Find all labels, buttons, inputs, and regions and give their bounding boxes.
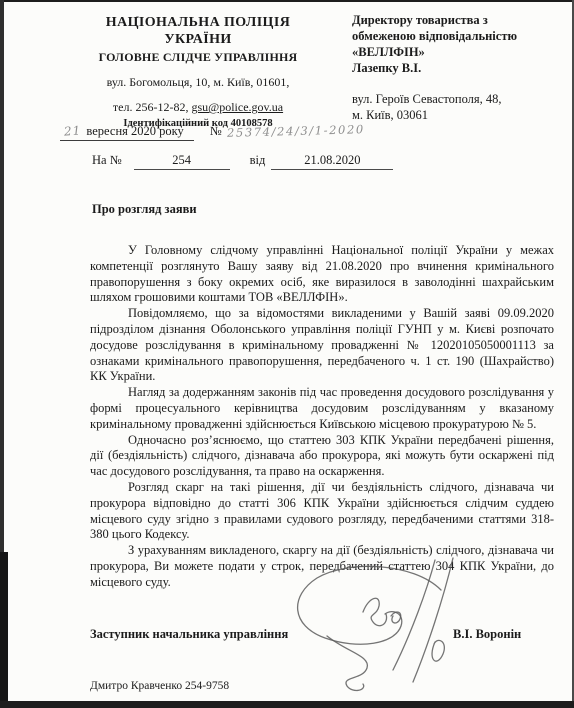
outgoing-reference-line: 21 вересня 2020 року№ 25374/24/3/1-2020 (60, 124, 560, 141)
scan-edge-bottom (0, 701, 574, 708)
scan-edge-left-lower (0, 552, 8, 708)
org-contacts: тел. 256-12-82, gsu@police.gov.ua (48, 100, 348, 115)
outgoing-date-underline: 21 вересня 2020 року (60, 124, 194, 141)
org-name-line2: УКРАЇНИ (48, 31, 348, 48)
vid-label: від (250, 153, 266, 167)
recipient-company: «ВЕЛЛФІН» (352, 44, 570, 60)
na-label: На № (92, 153, 122, 167)
scanned-letter-page: НАЦІОНАЛЬНА ПОЛІЦІЯ УКРАЇНИ ГОЛОВНЕ СЛІД… (0, 0, 574, 708)
recipient-address: вул. Героїв Севастополя, 48, м. Київ, 03… (352, 91, 570, 123)
recipient-block: Директору товариства з обмеженою відпові… (352, 12, 570, 123)
paragraph-4: Одночасно роз’яснюємо, що статтею 303 КП… (90, 433, 554, 480)
letter-body: У Головному слідчому управлінні Націонал… (90, 243, 554, 591)
paragraph-1: У Головному слідчому управлінні Націонал… (90, 243, 554, 306)
letterhead-authority: НАЦІОНАЛЬНА ПОЛІЦІЯ УКРАЇНИ ГОЛОВНЕ СЛІД… (48, 14, 348, 130)
handwritten-signature (283, 550, 495, 700)
subject-line: Про розгляд заяви (92, 202, 197, 217)
org-email: gsu@police.gov.ua (191, 100, 283, 114)
handwritten-day: 21 (62, 123, 84, 138)
incoming-reference-line: На №254від21.08.2020 (92, 153, 393, 170)
incoming-number: 254 (134, 153, 230, 170)
recipient-address-line1: вул. Героїв Севастополя, 48, (352, 91, 570, 107)
paragraph-2: Повідомляємо, що за відомостями викладен… (90, 306, 554, 385)
number-sign: № (210, 124, 222, 138)
recipient-person: Лазепку В.І. (352, 60, 570, 76)
scan-edge-top (0, 0, 574, 2)
paragraph-5: Розгляд скарг на такі рішення, дії чи бе… (90, 480, 554, 543)
recipient-line2: обмеженою відповідальністю (352, 28, 570, 44)
recipient-line1: Директору товариства з (352, 12, 570, 28)
paragraph-3: Нагляд за додержанням законів під час пр… (90, 385, 554, 432)
org-department: ГОЛОВНЕ СЛІДЧЕ УПРАВЛІННЯ (48, 50, 348, 65)
outgoing-date-text: вересня 2020 року (86, 124, 183, 138)
org-name-line1: НАЦІОНАЛЬНА ПОЛІЦІЯ (48, 14, 348, 31)
recipient-address-line2: м. Київ, 03061 (352, 107, 570, 123)
signatory-position: Заступник начальника управління (90, 627, 288, 642)
org-phone: тел. 256-12-82, (113, 100, 192, 114)
executor-line: Дмитро Кравченко 254-9758 (90, 680, 229, 692)
incoming-date: 21.08.2020 (271, 153, 393, 170)
org-address: вул. Богомольця, 10, м. Київ, 01601, (48, 75, 348, 90)
handwritten-outgoing-number: 25374/24/3/1-2020 (227, 122, 365, 140)
